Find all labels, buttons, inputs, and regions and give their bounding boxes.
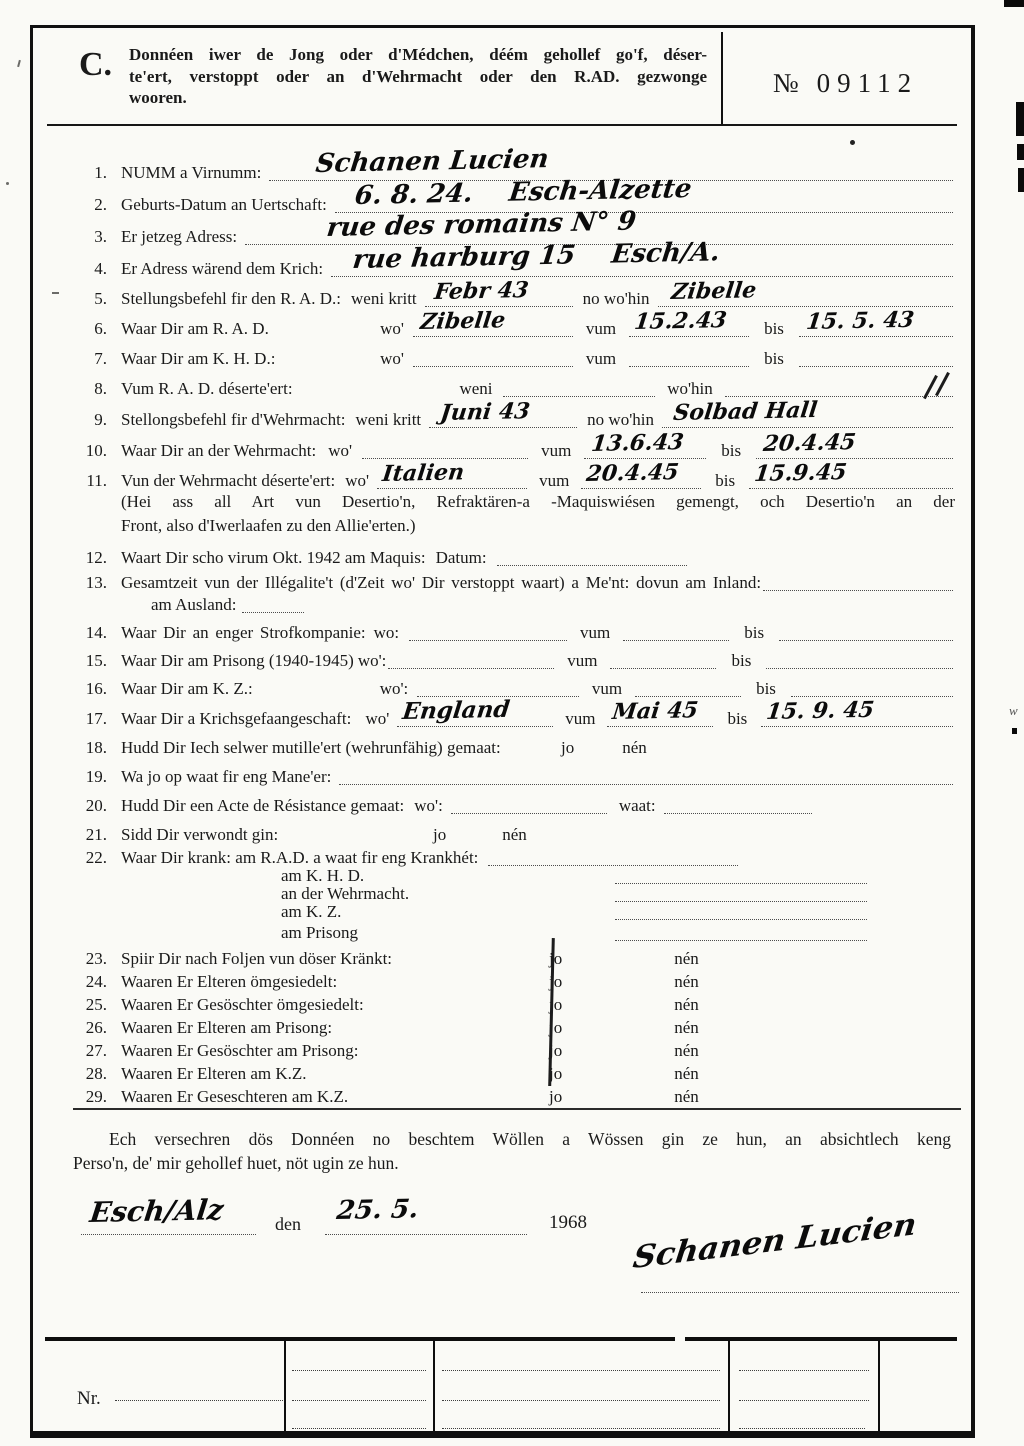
form-number: 09112 [817,68,919,98]
form-item-27: 27.Waaren Er Gesöschter am Prisong:jonén [77,1037,955,1060]
field-label: am Ausland: [151,595,236,614]
item-label: Front, also d'Iwerlaafen zu den Allie'er… [121,516,416,535]
item-number: 7. [77,349,107,368]
item-number: 22. [77,848,107,867]
dotted-blank: 15.2.43 [629,334,749,337]
form-item-13: 13.Gesamtzeit vun der Illégalite't (d'Ze… [77,567,955,592]
field-label: bis [751,319,797,338]
item-number: 26. [77,1018,107,1037]
field-label: no wo'hin [583,289,650,308]
item-label: Geburts-Datum an Uertschaft: [121,195,327,214]
item-label: Er jetzeg Adress: [121,227,237,246]
handwritten-place: Esch/Alz [88,1193,225,1229]
item-label: Waaren Er Elteren am Prisong: [121,1018,549,1037]
item-number: 13. [77,573,107,592]
field-label: nén [674,949,699,968]
item-label: Spiir Dir nach Foljen vun döser Kränkt: [121,949,549,968]
form-item-28: 28.Waaren Er Elteren am K.Z.jonén [77,1060,955,1083]
dotted-blank [779,638,953,641]
item-label: Hudd Dir Iech selwer mutille'ert (wehrun… [121,738,561,757]
table-dotted-cell [115,1398,283,1401]
form-item-11: 11.Vun der Wehrmacht déserte'ert:wo'Ital… [77,460,955,490]
scan-artifact [1016,102,1024,136]
item-label: Waaren Er Gesöschter am Prisong: [121,1041,549,1060]
item-label: Waaren Er Elteren ömgesiedelt: [121,972,549,991]
form-item-continuation: am K. H. D. [77,867,955,885]
field-label: nén [674,972,699,991]
margin-small-note: w [1009,703,1018,719]
field-label: wo' [339,471,375,490]
item-label: Waaren Er Geseschteren am K.Z. [121,1087,549,1106]
dotted-blank [615,938,867,941]
item-number: 6. [77,319,107,338]
item-label: Waart Dir scho virum Okt. 1942 am Maquis… [121,548,426,567]
dotted-blank [615,881,867,884]
field-label: an der Wehrmacht. [281,884,409,903]
field-label: vum [581,679,633,698]
item-label: NUMM a Virnumm: [121,163,261,182]
table-dotted-cell [442,1398,720,1401]
item-number: 25. [77,995,107,1014]
handwritten-value: 6. 8. 24. Esch-Alzette [353,175,693,211]
form-border-box: C. Donnéen iwer de Jong oder d'Médchen, … [30,25,975,1438]
handwritten-value: 15. 9. 45 [765,698,875,725]
item-number: 4. [77,259,107,278]
header-divider-line [721,32,723,124]
section-letter: C. [79,46,112,84]
item-number: 1. [77,163,107,182]
scan-speck [17,60,21,67]
item-label: Waar Dir an der Wehrmacht: [121,441,316,460]
dotted-blank: 20.4.45 [756,456,953,459]
item-label: Hudd Dir een Acte de Résistance gemaat: [121,796,404,815]
field-label: wo' [373,319,411,338]
form-item-7: 7.Waar Dir am K. H. D.:wo'vumbis [77,338,955,368]
dotted-blank: 15. 9. 45 [761,724,953,727]
item-label: (Hei ass all Art vun Desertio'n, Refrakt… [121,492,955,511]
field-label: nén [622,738,647,757]
form-item-5: 5.Stellungsbefehl fir den R. A. D.:weni … [77,278,955,308]
scan-speck [6,182,9,185]
item-number: 16. [77,679,107,698]
dotted-blank [451,811,607,814]
form-item-continuation: an der Wehrmacht. [77,885,955,903]
dotted-blank [763,588,953,591]
form-item-continuation: am Ausland: [77,592,955,614]
form-number-block: №09112 [733,68,958,99]
form-item-15: 15.Waar Dir am Prisong (1940-1945)wo':vu… [77,642,955,670]
field-label: wo' [373,349,411,368]
title-line-2: te'ert, verstoppt oder an d'Wehrmacht od… [129,66,707,88]
handwritten-value: Zibelle [419,309,507,335]
item-label: Vun der Wehrmacht déserte'ert: [121,471,335,490]
field-label: waat: [619,796,656,815]
dotted-blank: Italien [377,486,527,489]
dotted-blank [409,638,567,641]
dotted-blank [725,394,953,397]
item-number: 9. [77,410,107,429]
form-item-29: 29.Waaren Er Geseschteren am K.Z.jonén [77,1083,955,1106]
handwritten-value: rue harburg 15 Esch/A. [351,238,721,275]
field-label: weni kritt [356,410,422,429]
item-number: 28. [77,1064,107,1083]
dotted-blank: 15. 5. 43 [799,334,953,337]
scan-artifact [1012,728,1017,734]
item-label: Stellungsbefehl fir den R. A. D.: [121,289,341,308]
field-label: bis [715,709,759,728]
field-label: vum [575,349,627,368]
handwritten-value: Solbad Hall [672,398,819,426]
scan-artifact [1018,168,1024,192]
table-dotted-cell [442,1426,720,1429]
table-dotted-cell [442,1368,720,1371]
field-label: jo [561,738,574,757]
dotted-blank: Zibelle [413,334,573,337]
field-label: vum [556,651,608,670]
item-number: 17. [77,709,107,728]
item-number: 23. [77,949,107,968]
field-label: nén [674,1087,699,1106]
field-label: vum [555,709,605,728]
item-label: Waar Dir am K. H. D.: [121,349,373,368]
handwritten-value: 20.4.45 [585,460,680,487]
dotted-blank [362,456,528,459]
handwritten-date: 25. 5. [335,1194,420,1226]
table-dotted-cell [292,1398,426,1401]
table-column-line-3 [728,1341,730,1431]
dotted-blank: England [397,724,553,727]
declaration-line-1: Ech versechren dös Donnéen no beschtem W… [73,1128,951,1152]
declaration-line-2: Perso'n, de' mir gehollef huet, nöt ugin… [73,1152,951,1176]
dotted-blank [488,863,738,866]
handwritten-value: 15.9.45 [753,460,848,487]
date-dotted-line [325,1232,527,1235]
dotted-blank [799,364,953,367]
item-label: Stellongsbefehl fir d'Wehrmacht: [121,410,346,429]
field-label: nén [674,995,699,1014]
field-label: bis [751,349,797,368]
field-label: wo': [414,796,443,815]
field-label: jo [433,825,446,844]
dotted-blank [497,563,687,566]
form-item-continuation: Front, also d'Iwerlaafen zu den Allie'er… [77,511,955,535]
form-item-continuation: am K. Z. [77,903,955,921]
nr-label: Nr. [77,1388,101,1410]
field-label: nén [502,825,527,844]
item-number: 24. [77,972,107,991]
ink-dot [850,140,855,145]
den-label: den [275,1214,301,1235]
dotted-blank [610,666,716,669]
handwritten-value: Febr 43 [433,278,530,305]
field-label: am K. H. D. [281,866,364,885]
dotted-blank [503,394,655,397]
dotted-blank: Solbad Hall [662,425,953,428]
form-item-19: 19.Wa jo op waat fir eng Mane'er: [77,757,955,786]
scan-artifact [1017,144,1024,160]
table-column-line-4 [878,1341,880,1431]
dotted-blank [664,811,812,814]
form-item-continuation: (Hei ass all Art vun Desertio'n, Refrakt… [77,490,955,511]
item-number: 15. [77,651,107,670]
field-label: am Prisong [281,923,358,942]
form-item-20: 20.Hudd Dir een Acte de Résistance gemaa… [77,786,955,815]
field-label: bis [731,623,777,642]
table-dotted-cell [292,1426,426,1429]
table-top-rule-left [45,1337,675,1341]
item-number: 8. [77,379,107,398]
item-number: 18. [77,738,107,757]
item-label: Waar Dir am R. A. D. [121,319,373,338]
form-item-22: 22.Waar Dir krank: am R.A.D. a waat fir … [77,844,955,867]
field-label: am K. Z. [281,902,341,921]
form-item-17: 17.Waar Dir a Krichsgefaangeschaft:wo'En… [77,698,955,728]
form-item-continuation: am Prisong [77,921,955,942]
dotted-blank: Juni 43 [429,425,577,428]
field-label: vum [529,471,579,490]
dotted-blank: 20.4.45 [581,486,701,489]
item-number: 11. [77,471,107,490]
item-label: Waar Dir an enger Strofkompanie: [121,623,366,642]
item-number: 12. [77,548,107,567]
field-label: wo: [374,623,400,642]
dotted-blank [766,666,953,669]
section-rule [73,1108,961,1110]
form-item-4: 4.Er Adress wärend dem Krich:rue harburg… [77,246,955,278]
item-label: Waar Dir am Prisong (1940-1945) [121,651,354,670]
form-item-16: 16.Waar Dir am K. Z.:wo':vumbis [77,670,955,698]
item-label: Er Adress wärend dem Krich: [121,259,323,278]
handwritten-value: 13.6.43 [590,430,685,457]
signature-handwriting: Schanen Lucien [631,1207,919,1276]
form-item-21: 21.Sidd Dir verwondt gin:jonén [77,815,955,844]
handwritten-value: England [401,697,511,725]
item-label: Waar Dir a Krichsgefaangeschaft: [121,709,351,728]
table-dotted-cell [739,1426,865,1429]
field-label: vum [569,623,621,642]
item-number: 19. [77,767,107,786]
field-label: vum [575,319,627,338]
form-items: 1.NUMM a Virnumm:Schanen Lucien2.Geburts… [33,138,971,1106]
field-label: no wo'hin [587,410,654,429]
handwritten-value: 15. 5. 43 [805,308,915,335]
dotted-blank [629,364,749,367]
field-label: weni [451,379,501,398]
field-label: wo' [359,709,395,728]
item-label: Waaren Er Gesöschter ömgesiedelt: [121,995,549,1014]
dotted-blank [339,782,953,785]
form-item-6: 6.Waar Dir am R. A. D.wo'Zibellevum15.2.… [77,308,955,338]
form-item-24: 24.Waaren Er Elteren ömgesiedelt:jonén [77,968,955,991]
dotted-blank: rue harburg 15 Esch/A. [331,274,953,277]
item-label: Vum R. A. D. déserte'ert: [121,379,451,398]
signature-dotted-line [641,1290,959,1293]
scan-speck [52,292,59,294]
item-number: 10. [77,441,107,460]
field-label: vum [530,441,582,460]
handwritten-value: Juni 43 [439,400,531,426]
dotted-blank [242,610,304,613]
item-number: 14. [77,623,107,642]
dotted-blank [388,666,554,669]
dotted-blank [413,364,573,367]
dotted-blank [623,638,729,641]
field-label: bis [718,651,764,670]
field-label: bis [703,471,747,490]
table-dotted-cell [292,1368,426,1371]
handwritten-value: Zibelle [670,279,758,305]
dotted-blank: 13.6.43 [584,456,706,459]
field-label: nén [674,1018,699,1037]
item-number: 5. [77,289,107,308]
form-item-10: 10.Waar Dir an der Wehrmacht:wo'vum13.6.… [77,429,955,460]
item-label: Sidd Dir verwondt gin: [121,825,433,844]
table-column-line-1 [284,1341,286,1431]
field-label: wo'hin [657,379,723,398]
handwritten-value: 15.2.43 [633,308,728,335]
year-label: 1968 [549,1212,587,1234]
scan-artifact [1004,0,1024,7]
place-dotted-line [81,1232,256,1235]
form-item-23: 23.Spiir Dir nach Foljen vun döser Kränk… [77,942,955,968]
dotted-blank: Mai 45 [607,724,713,727]
handwritten-value: rue des romains N° 9 [325,207,638,243]
field-label: jo [549,1087,562,1106]
field-label: wo': [358,651,387,670]
title-line-1: Donnéen iwer de Jong oder d'Médchen, déé… [129,44,707,66]
table-column-line-2 [433,1341,435,1431]
item-number: 27. [77,1041,107,1060]
form-item-26: 26.Waaren Er Elteren am Prisong:jonén [77,1014,955,1037]
item-label: Waar Dir krank: am R.A.D. a waat fir eng… [121,848,478,867]
field-label: wo': [373,679,415,698]
dotted-blank: 15.9.45 [749,486,953,489]
item-label: Gesamtzeit vun der Illégalite't (d'Zeit … [121,573,761,592]
table-dotted-cell [739,1368,869,1371]
item-number: 2. [77,195,107,214]
handwritten-value: Italien [381,461,466,487]
field-label: weni kritt [351,289,417,308]
handwritten-value: 20.4.45 [762,430,857,457]
item-number: 3. [77,227,107,246]
title-line-3: wooren. [129,87,707,109]
field-label: wo' [320,441,360,460]
field-label: bis [708,441,754,460]
handwritten-value: Mai 45 [611,699,699,725]
form-item-9: 9.Stellongsbefehl fir d'Wehrmacht:weni k… [77,398,955,429]
dotted-blank [615,917,867,920]
header-rule [47,124,957,126]
form-item-25: 25.Waaren Er Gesöschter ömgesiedelt:joné… [77,991,955,1014]
table-top-rule-right [685,1337,957,1341]
form-item-18: 18.Hudd Dir Iech selwer mutille'ert (weh… [77,728,955,757]
dotted-blank [615,899,867,902]
form-item-14: 14.Waar Dir an enger Strofkompanie:wo:vu… [77,614,955,642]
field-label: Datum: [436,548,487,567]
field-label: bis [743,679,789,698]
item-number: 21. [77,825,107,844]
field-label: nén [674,1041,699,1060]
item-label: Waaren Er Elteren am K.Z. [121,1064,549,1083]
item-label: Wa jo op waat fir eng Mane'er: [121,767,331,786]
declaration-paragraph: Ech versechren dös Donnéen no beschtem W… [73,1128,951,1175]
form-title-paragraph: Donnéen iwer de Jong oder d'Médchen, déé… [129,44,707,109]
field-label: nén [674,1064,699,1083]
item-number: 20. [77,796,107,815]
form-item-12: 12.Waart Dir scho virum Okt. 1942 am Maq… [77,535,955,567]
item-number: 29. [77,1087,107,1106]
numero-sign: № [773,68,799,98]
handwritten-value: Schanen Lucien [314,145,550,179]
item-label: Waar Dir am K. Z.: [121,679,373,698]
form-item-8: 8.Vum R. A. D. déserte'ert:weniwo'hin [77,368,955,398]
table-dotted-cell [739,1398,869,1401]
scanned-form-page: C. Donnéen iwer de Jong oder d'Médchen, … [0,0,1024,1446]
